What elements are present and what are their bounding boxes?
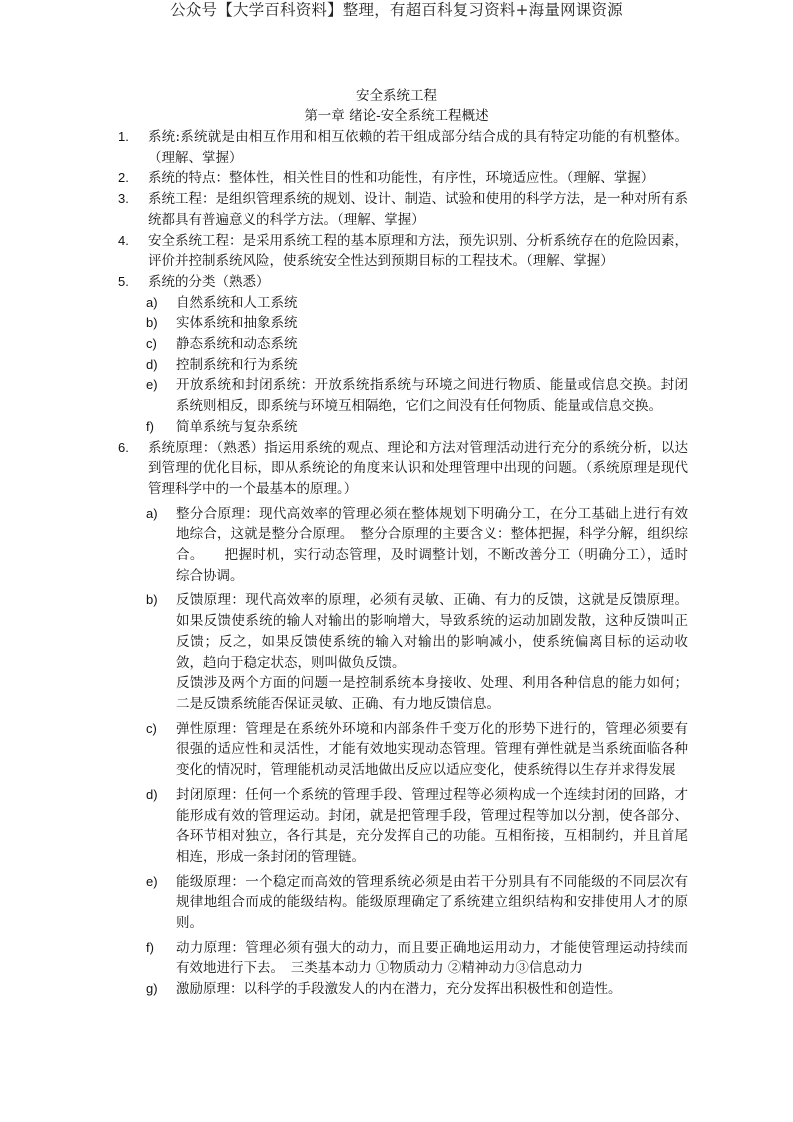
item-text: 系统原理：（熟悉）指运用系统的观点、理论和方法对管理活动进行充分的系统分析，以达…	[148, 438, 688, 500]
item-text: 系统:系统就是由相互作用和相互依赖的若干组成部分结合成的具有特定功能的有机整体。…	[148, 127, 688, 168]
sub-item-letter: a)	[146, 504, 158, 525]
sub-item-text: 整分合原理：现代高效率的管理必须在整体规划下明确分工，在分工基础上进行有效地综合…	[176, 504, 688, 587]
sub-item-text: 静态系统和动态系统	[176, 334, 688, 355]
item-number: 2.	[118, 168, 129, 189]
sub-item-text: 能级原理：一个稳定而高效的管理系统必须是由若干分别具有不同能级的不同层次有规律地…	[176, 872, 688, 934]
sub-item-text: 自然系统和人工系统	[176, 293, 688, 314]
document-body: 1. 系统:系统就是由相互作用和相互依赖的若干组成部分结合成的具有特定功能的有机…	[0, 127, 793, 1000]
item-text: 系统的分类（熟悉）	[148, 272, 688, 293]
sub-item-text: 实体系统和抽象系统	[176, 313, 688, 334]
sub-item-letter: d)	[146, 355, 158, 376]
sub-item-letter: e)	[146, 872, 158, 893]
item-text: 系统工程：是组织管理系统的规划、设计、制造、试验和使用的科学方法，是一种对所有系…	[148, 189, 688, 230]
sub-item-text: 控制系统和行为系统	[176, 355, 688, 376]
sub-item-5a: a) 自然系统和人工系统	[0, 293, 793, 314]
sub-item-5d: d) 控制系统和行为系统	[0, 355, 793, 376]
item-number: 1.	[118, 127, 129, 148]
sub-item-5b: b) 实体系统和抽象系统	[0, 313, 793, 334]
sub-item-5f: f) 简单系统与复杂系统	[0, 417, 793, 438]
sub-item-6d: d) 封闭原理：任何一个系统的管理手段、管理过程等必须构成一个连续封闭的回路，才…	[0, 785, 793, 868]
sub-item-6a: a) 整分合原理：现代高效率的管理必须在整体规划下明确分工，在分工基础上进行有效…	[0, 504, 793, 587]
sub-item-5e: e) 开放系统和封闭系统：开放系统指系统与环境之间进行物质、能量或信息交换。封闭…	[0, 375, 793, 416]
sub-item-text: 反馈原理：现代高效率的原理，必须有灵敏、正确、有力的反馈，这就是反馈原理。如果反…	[176, 590, 688, 673]
sub-item-text: 激励原理：以科学的手段激发人的内在潜力，充分发挥出积极性和创造性。	[176, 979, 688, 1000]
list-item-2: 2. 系统的特点：整体性，相关性目的性和功能性，有序性，环境适应性。（理解、掌握…	[0, 168, 793, 189]
sub-item-text-2: 反馈涉及两个方面的问题一是控制系统本身接收、处理、利用各种信息的能力如何；二是反…	[176, 673, 688, 714]
sub-item-text: 开放系统和封闭系统：开放系统指系统与环境之间进行物质、能量或信息交换。封闭系统则…	[176, 375, 688, 416]
sub-item-6g: g) 激励原理：以科学的手段激发人的内在潜力，充分发挥出积极性和创造性。	[0, 979, 793, 1000]
item-text: 系统的特点：整体性，相关性目的性和功能性，有序性，环境适应性。（理解、掌握）	[148, 168, 688, 189]
sub-item-letter: d)	[146, 785, 158, 806]
sub-item-body: 反馈原理：现代高效率的原理，必须有灵敏、正确、有力的反馈，这就是反馈原理。如果反…	[176, 590, 688, 714]
sub-item-letter: g)	[146, 979, 158, 1000]
sub-item-letter: e)	[146, 375, 158, 396]
sub-item-letter: b)	[146, 313, 158, 334]
sub-item-text: 简单系统与复杂系统	[176, 417, 688, 438]
sub-item-6b: b) 反馈原理：现代高效率的原理，必须有灵敏、正确、有力的反馈，这就是反馈原理。…	[0, 590, 793, 714]
sub-item-letter: a)	[146, 293, 158, 314]
list-item-5: 5. 系统的分类（熟悉）	[0, 272, 793, 293]
sub-item-text: 弹性原理：管理是在系统外环境和内部条件千变万化的形势下进行的，管理必须要有很强的…	[176, 719, 688, 781]
sub-item-5c: c) 静态系统和动态系统	[0, 334, 793, 355]
item-number: 6.	[118, 438, 129, 459]
sub-item-text: 动力原理：管理必须有强大的动力，而且要正确地运用动力，才能使管理运动持续而有效地…	[176, 938, 688, 979]
list-item-6: 6. 系统原理：（熟悉）指运用系统的观点、理论和方法对管理活动进行充分的系统分析…	[0, 438, 793, 500]
item-number: 3.	[118, 189, 129, 210]
item-text: 安全系统工程：是采用系统工程的基本原理和方法，预先识别、分析系统存在的危险因素，…	[148, 231, 688, 272]
document-title: 安全系统工程	[0, 86, 793, 106]
list-item-1: 1. 系统:系统就是由相互作用和相互依赖的若干组成部分结合成的具有特定功能的有机…	[0, 127, 793, 168]
item-number: 5.	[118, 272, 129, 293]
item-number: 4.	[118, 231, 129, 252]
sub-item-letter: b)	[146, 590, 158, 611]
chapter-heading: 第一章 绪论-安全系统工程概述	[0, 106, 793, 126]
sub-item-6c: c) 弹性原理：管理是在系统外环境和内部条件千变万化的形势下进行的，管理必须要有…	[0, 719, 793, 781]
sub-item-6f: f) 动力原理：管理必须有强大的动力，而且要正确地运用动力，才能使管理运动持续而…	[0, 938, 793, 979]
list-item-3: 3. 系统工程：是组织管理系统的规划、设计、制造、试验和使用的科学方法，是一种对…	[0, 189, 793, 230]
page-watermark: 公众号【大学百科资料】整理，有超百科复习资料+海量网课资源	[0, 0, 793, 20]
sub-item-text: 封闭原理：任何一个系统的管理手段、管理过程等必须构成一个连续封闭的回路，才能形成…	[176, 785, 688, 868]
sub-item-letter: c)	[146, 334, 157, 355]
sub-item-letter: c)	[146, 719, 157, 740]
sub-item-letter: f)	[146, 938, 154, 959]
list-item-4: 4. 安全系统工程：是采用系统工程的基本原理和方法，预先识别、分析系统存在的危险…	[0, 231, 793, 272]
sub-item-letter: f)	[146, 417, 154, 438]
sub-item-6e: e) 能级原理：一个稳定而高效的管理系统必须是由若干分别具有不同能级的不同层次有…	[0, 872, 793, 934]
